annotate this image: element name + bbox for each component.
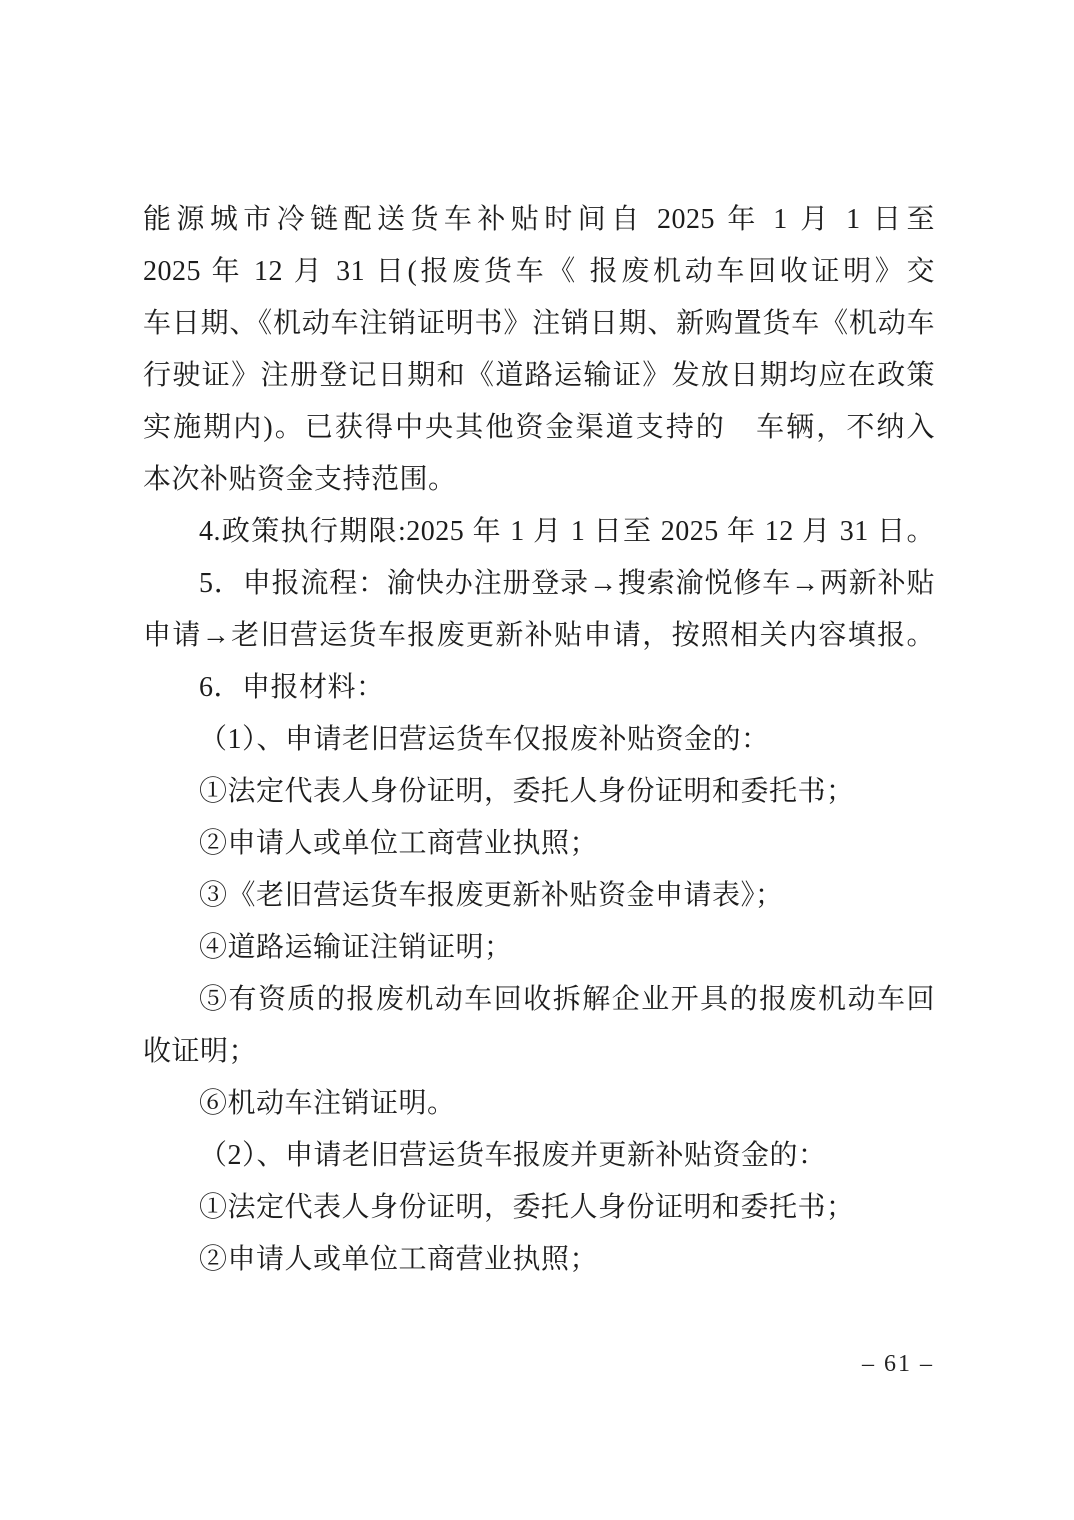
page-number: – 61 – xyxy=(862,1344,934,1384)
text-line-circled-4: ④道路运输证注销证明； xyxy=(143,922,935,974)
text-line: 申请→老旧营运货车报废更新补贴申请，按照相关内容填报。 xyxy=(143,610,935,662)
text-line-item-6: 6．申报材料： xyxy=(143,662,935,714)
text-line-circled-2: ②申请人或单位工商营业执照； xyxy=(143,818,935,870)
text-line-circled-1: ①法定代表人身份证明，委托人身份证明和委托书； xyxy=(143,766,935,818)
document-body: 能源城市冷链配送货车补贴时间自 2025 年 1 月 1 日至 2025 年 1… xyxy=(143,194,935,1286)
text-line-circled-5: ⑤有资质的报废机动车回收拆解企业开具的报废机动车回 xyxy=(143,974,935,1026)
text-line-subitem-2: （2）、申请老旧营运货车报废并更新补贴资金的： xyxy=(143,1130,935,1182)
text-line: 收证明； xyxy=(143,1026,935,1078)
text-line-circled-3: ③《老旧营运货车报废更新补贴资金申请表》； xyxy=(143,870,935,922)
text-line-item-4: 4.政策执行期限:2025 年 1 月 1 日至 2025 年 12 月 31 … xyxy=(143,506,935,558)
text-line-circled-2b: ②申请人或单位工商营业执照； xyxy=(143,1234,935,1286)
text-line-circled-6: ⑥机动车注销证明。 xyxy=(143,1078,935,1130)
text-line: 实施期内)。已获得中央其他资金渠道支持的 车辆，不纳入 xyxy=(143,402,935,454)
document-page: 能源城市冷链配送货车补贴时间自 2025 年 1 月 1 日至 2025 年 1… xyxy=(0,0,1074,1520)
text-line: 车日期、《机动车注销证明书》注销日期、新购置货车《机动车 xyxy=(143,298,935,350)
text-line: 能源城市冷链配送货车补贴时间自 2025 年 1 月 1 日至 xyxy=(143,194,935,246)
text-line: 2025 年 12 月 31 日(报废货车《 报废机动车回收证明》交 xyxy=(143,246,935,298)
text-line-subitem-1: （1）、申请老旧营运货车仅报废补贴资金的： xyxy=(143,714,935,766)
text-line: 行驶证》注册登记日期和《道路运输证》发放日期均应在政策 xyxy=(143,350,935,402)
text-line-circled-1b: ①法定代表人身份证明，委托人身份证明和委托书； xyxy=(143,1182,935,1234)
text-line: 本次补贴资金支持范围。 xyxy=(143,454,935,506)
text-line-item-5: 5．申报流程：渝快办注册登录→搜索渝悦修车→两新补贴 xyxy=(143,558,935,610)
